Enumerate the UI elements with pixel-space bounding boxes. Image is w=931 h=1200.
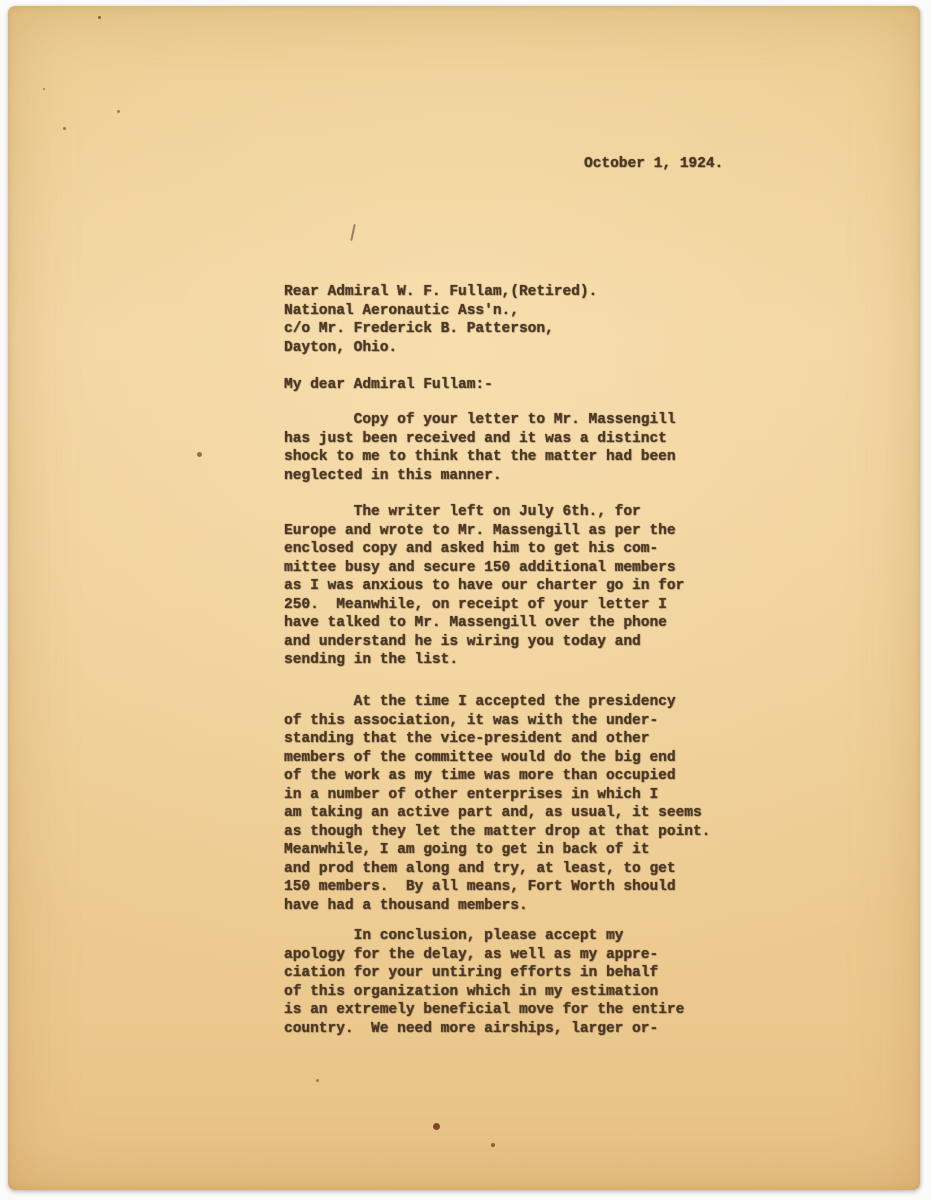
letter-paragraph-4: In conclusion, please accept my apology … [284,927,684,1038]
paper-speck [197,452,202,457]
letter-paper: October 1, 1924. Rear Admiral W. F. Full… [8,6,920,1190]
paper-speck [316,1079,319,1082]
recipient-address-block: Rear Admiral W. F. Fullam,(Retired). Nat… [284,283,597,357]
paper-speck [63,127,66,130]
paper-speck [117,110,120,113]
paper-speck [433,1123,440,1130]
paper-speck [43,88,45,90]
letter-paragraph-1: Copy of your letter to Mr. Massengill ha… [284,411,676,485]
paper-speck [491,1143,495,1147]
letter-date: October 1, 1924. [584,155,723,174]
letter-scan: October 1, 1924. Rear Admiral W. F. Full… [0,0,931,1200]
paper-speck [98,16,101,19]
salutation-line: My dear Admiral Fullam:- [284,376,493,395]
letter-paragraph-2: The writer left on July 6th., for Europe… [284,503,684,670]
stray-ink-mark [350,224,355,241]
letter-paragraph-3: At the time I accepted the presidency of… [284,693,710,915]
